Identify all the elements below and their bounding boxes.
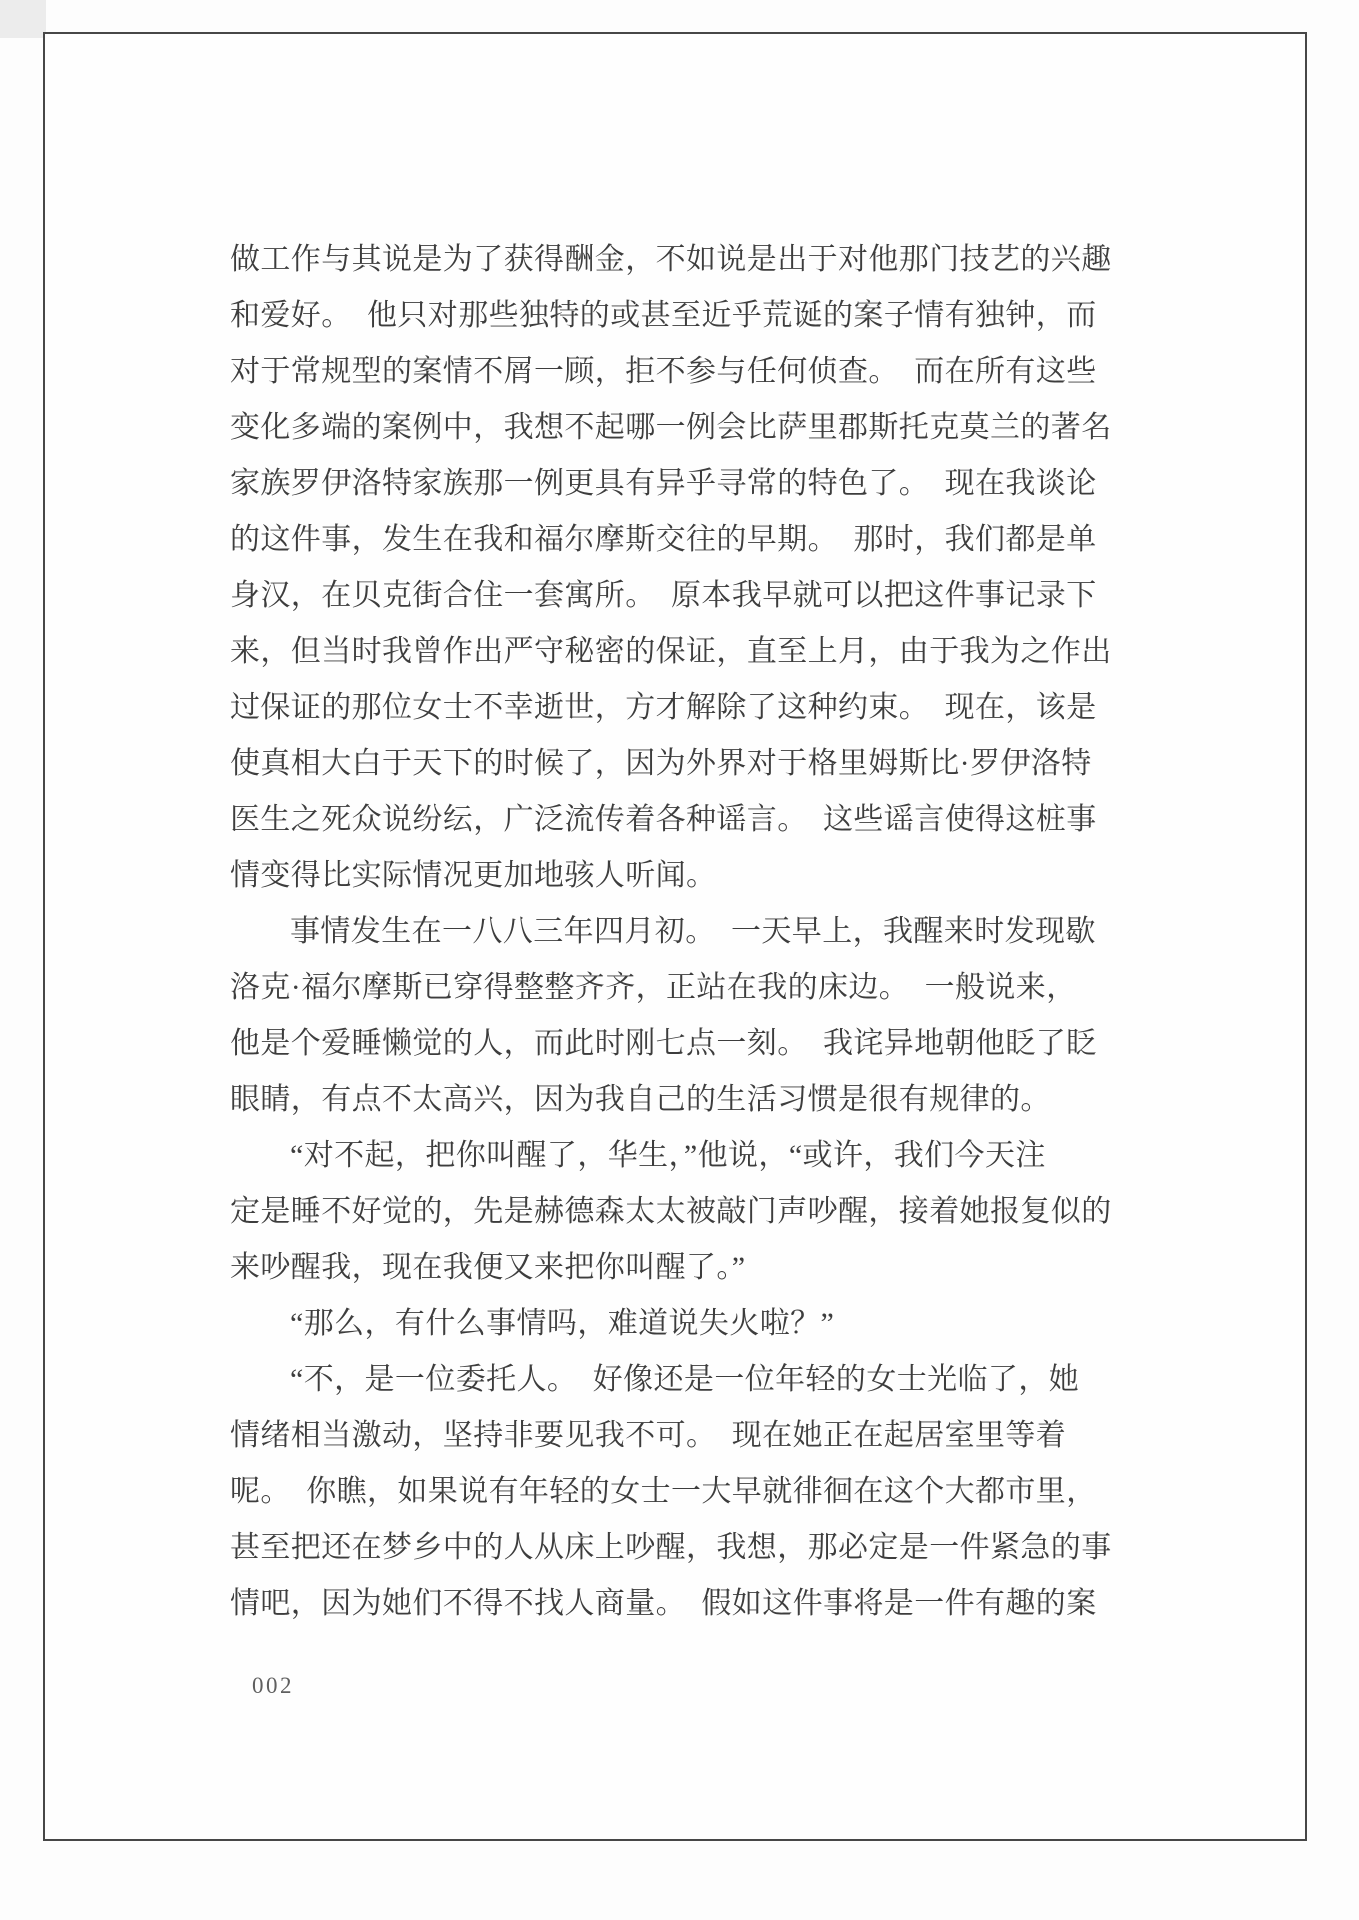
text-line: “不，是一位委托人。 好像还是一位年轻的女士光临了，她 <box>230 1352 1112 1408</box>
text-line: 呢。 你瞧，如果说有年轻的女士一大早就徘徊在这个大都市里， <box>230 1464 1112 1520</box>
page-number: 002 <box>252 1668 294 1704</box>
text-line: 情变得比实际情况更加地骇人听闻。 <box>230 848 1112 904</box>
text-line: 洛克·福尔摩斯已穿得整整齐齐，正站在我的床边。 一般说来， <box>230 960 1112 1016</box>
text-line: 来，但当时我曾作出严守秘密的保证，直至上月，由于我为之作出 <box>230 624 1112 680</box>
text-line: 情吧，因为她们不得不找人商量。 假如这件事将是一件有趣的案 <box>230 1576 1112 1632</box>
text-line: 对于常规型的案情不屑一顾，拒不参与任何侦查。 而在所有这些 <box>230 344 1112 400</box>
text-line: 身汉，在贝克街合住一套寓所。 原本我早就可以把这件事记录下 <box>230 568 1112 624</box>
text-line: 做工作与其说是为了获得酬金，不如说是出于对他那门技艺的兴趣 <box>230 232 1112 288</box>
text-line: 情绪相当激动，坚持非要见我不可。 现在她正在起居室里等着 <box>230 1408 1112 1464</box>
text-line: 定是睡不好觉的，先是赫德森太太被敲门声吵醒，接着她报复似的 <box>230 1184 1112 1240</box>
body-text: 做工作与其说是为了获得酬金，不如说是出于对他那门技艺的兴趣和爱好。 他只对那些独… <box>230 232 1112 1632</box>
text-line: 来吵醒我，现在我便又来把你叫醒了。” <box>230 1240 1112 1296</box>
text-line: 的这件事，发生在我和福尔摩斯交往的早期。 那时，我们都是单 <box>230 512 1112 568</box>
scan-artifact <box>0 0 46 38</box>
text-line: 和爱好。 他只对那些独特的或甚至近乎荒诞的案子情有独钟，而 <box>230 288 1112 344</box>
text-line: 甚至把还在梦乡中的人从床上吵醒，我想，那必定是一件紧急的事 <box>230 1520 1112 1576</box>
text-line: “对不起，把你叫醒了，华生，”他说，“或许，我们今天注 <box>230 1128 1112 1184</box>
text-line: 医生之死众说纷纭，广泛流传着各种谣言。 这些谣言使得这桩事 <box>230 792 1112 848</box>
text-line: 使真相大白于天下的时候了，因为外界对于格里姆斯比·罗伊洛特 <box>230 736 1112 792</box>
text-line: “那么，有什么事情吗，难道说失火啦？” <box>230 1296 1112 1352</box>
text-line: 家族罗伊洛特家族那一例更具有异乎寻常的特色了。 现在我谈论 <box>230 456 1112 512</box>
text-line: 他是个爱睡懒觉的人，而此时刚七点一刻。 我诧异地朝他眨了眨 <box>230 1016 1112 1072</box>
text-line: 眼睛，有点不太高兴，因为我自己的生活习惯是很有规律的。 <box>230 1072 1112 1128</box>
text-line: 事情发生在一八八三年四月初。 一天早上，我醒来时发现歇 <box>230 904 1112 960</box>
text-line: 变化多端的案例中，我想不起哪一例会比萨里郡斯托克莫兰的著名 <box>230 400 1112 456</box>
text-line: 过保证的那位女士不幸逝世，方才解除了这种约束。 现在，该是 <box>230 680 1112 736</box>
